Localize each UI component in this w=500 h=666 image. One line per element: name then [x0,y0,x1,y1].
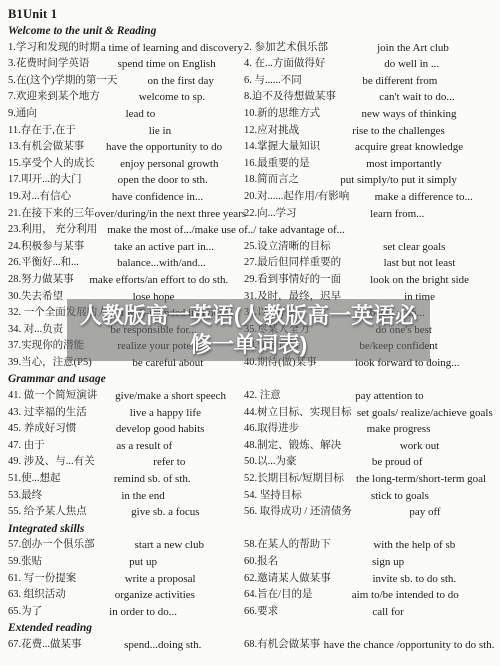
vocab-row: 53.最终in the end54. 坚持目标stick to goals [8,488,500,505]
vocab-row: 63. 组织活动organize activities64.旨在/目的是aim … [8,587,500,604]
term-chinese: 15.享受个人的成长 [8,156,95,173]
left-entry: 28.努力做某事make efforts/an effort to do sth… [8,272,244,289]
term-english: over/during/in the next three years [95,206,247,223]
term-english: balance...with/and... [79,255,244,272]
left-entry: 1.学习和发现的时期a time of learning and discove… [8,40,244,57]
term-chinese: 58.在某人的帮助下 [244,537,331,554]
right-entry: 4. 在...方面做得好do well in ... [244,56,500,73]
section-header: Grammar and usage [8,371,500,388]
term-english: learn from... [297,206,499,223]
vocab-row: 13.有机会做某事have the opportunity to do14.掌握… [8,139,500,156]
term-chinese: 66.要求 [244,604,278,621]
vocab-row: 55. 给予某人焦点give sb. a focus56. 取得成功 / 还清债… [8,504,500,521]
right-entry: 20.对......起作用/有影响make a difference to... [244,189,500,206]
term-english: refer to [95,454,244,471]
term-chinese: 47. 由于 [8,438,45,455]
term-chinese: 51.使...想起 [8,471,61,488]
term-english: have the opportunity to do [84,139,244,156]
term-english: in the end [42,488,244,505]
term-english: last but not least [341,255,498,272]
left-entry: 43. 过幸福的生活live a happy life [8,405,244,422]
term-chinese: 16.最重要的是 [244,156,310,173]
left-entry: 11.存在于,在于lie in [8,123,244,140]
term-english: give sb. a focus [87,504,244,521]
term-chinese: 63. 组织活动 [8,587,66,604]
term-chinese: 24.积极参与某事 [8,239,84,256]
term-chinese: 41. 做一个简短演讲 [8,388,97,405]
term-chinese: 67.花费...做某事 [8,637,82,654]
term-chinese: 17.叩开...的大门 [8,172,82,189]
left-entry: 45. 养成好习惯develop good habits [8,421,244,438]
left-entry: 21.在接下来的三年over/during/in the next three … [8,206,244,223]
watermark-overlay: 人教版高一英语(人教版高一英语必 修一单词表) [67,299,430,361]
term-chinese: 20.对......起作用/有影响 [244,189,349,206]
term-english: set goals/ realize/achieve goals [352,405,498,422]
left-entry: 13.有机会做某事have the opportunity to do [8,139,244,156]
term-chinese: 59.张贴 [8,554,42,571]
right-entry: 8.迫不及待想做某事can't wait to do... [244,89,500,106]
vocab-row: 47. 由于as a result of48.制定、锻炼、解决work out [8,438,500,455]
term-english: spend time on English [89,56,244,73]
term-chinese: 3.花费时间学英语 [8,56,89,73]
left-entry: 53.最终in the end [8,488,244,505]
term-english: organize activities [66,587,244,604]
vocab-row: 65.为了in order to do...66.要求call for [8,604,500,621]
term-chinese: 30.失去希望 [8,289,63,306]
vocabulary-sheet-page: B1Unit 1 Welcome to the unit & Reading1.… [0,0,500,666]
term-chinese: 13.有机会做某事 [8,139,84,156]
term-chinese: 45. 养成好习惯 [8,421,76,438]
term-english: sign up [278,554,498,571]
term-english: have the chance /opportunity to do sth. [320,637,498,654]
term-english: put up [42,554,244,571]
term-english: work out [341,438,498,455]
vocab-row: 3.花费时间学英语spend time on English4. 在...方面做… [8,56,500,73]
right-entry: 44.树立目标、实现目标set goals/ realize/achieve g… [244,405,500,422]
vocab-row: 67.花费...做某事spend...doing sth.68.有机会做某事ha… [8,637,500,654]
term-english: most importantly [310,156,498,173]
term-chinese: 12.应对挑战 [244,123,299,140]
left-entry: 51.使...想起remind sb. of sth. [8,471,244,488]
right-entry: 68.有机会做某事have the chance /opportunity to… [244,637,500,654]
term-chinese: 54. 坚持目标 [244,488,302,505]
term-chinese: 48.制定、锻炼、解决 [244,438,341,455]
term-chinese: 22.向...学习 [244,206,297,223]
term-english: as a result of [45,438,244,455]
left-entry: 49. 涉及、与...有关refer to [8,454,244,471]
term-chinese: 61. 写一份提案 [8,571,76,588]
term-english: make progress [299,421,498,438]
vocab-row: 45. 养成好习惯develop good habits46.取得进步make … [8,421,500,438]
vocab-row: 51.使...想起remind sb. of sth.52.长期目标/短期目标t… [8,471,500,488]
vocab-row: 61. 写一份提案write a proposal62.邀请某人做某事invit… [8,571,500,588]
term-english: a time of learning and discovery [100,40,244,57]
vocab-row: 17.叩开...的大门open the door to sth.18.简而言之p… [8,172,500,189]
term-english: remind sb. of sth. [61,471,245,488]
right-entry: 10.新的思维方式new ways of thinking [244,106,500,123]
left-entry: 3.花费时间学英语spend time on English [8,56,244,73]
term-chinese: 42. 注意 [244,388,281,405]
left-entry: 26.平衡好...和...balance...with/and... [8,255,244,272]
right-entry: 52.长期目标/短期目标the long-term/short-term goa… [244,471,500,488]
term-chinese: 6. 与......不同 [244,73,302,90]
term-chinese: 44.树立目标、实现目标 [244,405,352,422]
term-chinese: 27.最后但同样重要的 [244,255,341,272]
right-entry: 12.应对挑战rise to the challenges [244,123,500,140]
right-entry: 66.要求call for [244,604,500,621]
right-entry: 48.制定、锻炼、解决work out [244,438,500,455]
watermark-text-line2: 修一单词表) [190,330,307,359]
right-entry: 50.以...为豪be proud of [244,454,500,471]
right-entry: 16.最重要的是most importantly [244,156,500,173]
term-chinese: 52.长期目标/短期目标 [244,471,344,488]
right-entry: 62.邀请某人做某事invite sb. to do sth. [244,571,500,588]
term-english: be proud of [297,454,499,471]
term-english: start a new club [95,537,244,554]
term-english: do well in ... [325,56,498,73]
term-chinese: 60.报名 [244,554,278,571]
term-english: make efforts/an effort to do sth. [74,272,244,289]
term-english: be different from [302,73,498,90]
term-english: develop good habits [76,421,244,438]
right-entry: 27.最后但同样重要的last but not least [244,255,500,272]
vocab-row: 26.平衡好...和...balance...with/and...27.最后但… [8,255,500,272]
right-entry: 54. 坚持目标stick to goals [244,488,500,505]
term-english: in order to do... [42,604,244,621]
right-entry: 42. 注意pay attention to [244,388,500,405]
term-english: welcome to sp. [100,89,244,106]
left-entry: 63. 组织活动organize activities [8,587,244,604]
left-entry: 61. 写一份提案write a proposal [8,571,244,588]
term-english: open the door to sth. [82,172,245,189]
left-entry: 9.通向lead to [8,106,244,123]
vocab-row: 15.享受个人的成长enjoy personal growth16.最重要的是m… [8,156,500,173]
term-chinese: 49. 涉及、与...有关 [8,454,95,471]
term-chinese: 65.为了 [8,604,42,621]
left-entry: 57.创办一个俱乐部start a new club [8,537,244,554]
term-english: make a difference to... [349,189,498,206]
vocab-row: 11.存在于,在于lie in12.应对挑战rise to the challe… [8,123,500,140]
term-chinese: 43. 过幸福的生活 [8,405,87,422]
right-entry: 56. 取得成功 / 还清债务pay off [244,504,500,521]
term-chinese: 55. 给予某人焦点 [8,504,87,521]
right-entry: 60.报名sign up [244,554,500,571]
term-chinese: 57.创办一个俱乐部 [8,537,95,554]
left-entry: 24.积极参与某事take an active part in... [8,239,244,256]
right-entry: 64.旨在/目的是aim to/be intended to do [244,587,500,604]
term-chinese: 34. 对...负责 [8,322,63,339]
term-english: live a happy life [87,405,244,422]
term-chinese: 7.欢迎来到某个地方 [8,89,100,106]
vocab-row: 9.通向lead to10.新的思维方式new ways of thinking [8,106,500,123]
right-entry: 25.设立清晰的目标set clear goals [244,239,500,256]
term-chinese: 28.努力做某事 [8,272,74,289]
vocab-row: 43. 过幸福的生活live a happy life44.树立目标、实现目标s… [8,405,500,422]
right-entry: 22.向...学习learn from... [244,206,500,223]
left-entry: 7.欢迎来到某个地方welcome to sp. [8,89,244,106]
term-english: give/make a short speech [97,388,244,405]
vocab-row: 28.努力做某事make efforts/an effort to do sth… [8,272,500,289]
term-chinese: 25.设立清晰的目标 [244,239,331,256]
term-english: take an active part in... [84,239,244,256]
term-english: new ways of thinking [320,106,498,123]
term-chinese: 1.学习和发现的时期 [8,40,100,57]
term-chinese: 4. 在...方面做得好 [244,56,325,73]
term-english: pay off [352,504,498,521]
term-english: with the help of sb [331,537,498,554]
term-english: spend...doing sth. [82,637,245,654]
term-chinese: 21.在接下来的三年 [8,206,95,223]
term-english: write a proposal [76,571,244,588]
term-english: acquire great knowledge [320,139,498,156]
term-chinese: 8.迫不及待想做某事 [244,89,336,106]
section-header: Welcome to the unit & Reading [8,23,500,40]
term-chinese: 11.存在于,在于 [8,123,76,140]
vocab-row: 1.学习和发现的时期a time of learning and discove… [8,40,500,57]
term-chinese: 23.利用， 充分利用 [8,222,97,239]
vocab-row: 24.积极参与某事take an active part in...25.设立清… [8,239,500,256]
term-english: call for [278,604,498,621]
left-entry: 47. 由于as a result of [8,438,244,455]
left-entry: 67.花费...做某事spend...doing sth. [8,637,244,654]
term-english: stick to goals [302,488,498,505]
term-english: put simply/to put it simply [299,172,498,189]
right-entry: 46.取得进步make progress [244,421,500,438]
right-entry: 6. 与......不同be different from [244,73,500,90]
section-header: Extended reading [8,620,500,637]
term-english: can't wait to do... [336,89,498,106]
vocab-row: 7.欢迎来到某个地方welcome to sp.8.迫不及待想做某事can't … [8,89,500,106]
vocab-row: 19.对...有信心have confidence in...20.对.....… [8,189,500,206]
term-chinese: 19.对...有信心 [8,189,71,206]
term-chinese: 9.通向 [8,106,37,123]
right-entry: 14.掌握大量知识acquire great knowledge [244,139,500,156]
left-entry: 5.在(这个)学期的第一天on the first day [8,73,244,90]
term-english: have confidence in... [71,189,244,206]
term-english: enjoy personal growth [95,156,244,173]
term-chinese: 68.有机会做某事 [244,637,320,654]
left-entry: 55. 给予某人焦点give sb. a focus [8,504,244,521]
term-english: make the most of.../make use of../ take … [97,222,345,239]
vocab-row: 5.在(这个)学期的第一天on the first day6. 与......不… [8,73,500,90]
right-entry: 2. 参加艺术俱乐部join the Art club [244,40,500,57]
vocab-row: 41. 做一个简短演讲give/make a short speech42. 注… [8,388,500,405]
vocab-row: 57.创办一个俱乐部start a new club58.在某人的帮助下with… [8,537,500,554]
term-english: rise to the challenges [299,123,498,140]
vocab-row: 21.在接下来的三年over/during/in the next three … [8,206,500,223]
term-chinese: 50.以...为豪 [244,454,297,471]
term-chinese: 26.平衡好...和... [8,255,79,272]
term-english: lead to [37,106,244,123]
term-chinese: 29.看到事情好的一面 [244,272,341,289]
page-title: B1Unit 1 [8,6,500,23]
term-chinese: 18.简而言之 [244,172,299,189]
term-english: set clear goals [331,239,498,256]
term-english: pay attention to [281,388,498,405]
left-entry: 17.叩开...的大门open the door to sth. [8,172,244,189]
term-chinese: 46.取得进步 [244,421,299,438]
term-chinese: 62.邀请某人做某事 [244,571,331,588]
term-chinese: 64.旨在/目的是 [244,587,313,604]
left-entry: 59.张贴put up [8,554,244,571]
vocab-row-fullwidth: 23.利用， 充分利用make the most of.../make use … [8,222,500,239]
term-english: invite sb. to do sth. [331,571,498,588]
term-english: join the Art club [328,40,498,57]
left-entry: 41. 做一个简短演讲give/make a short speech [8,388,244,405]
term-chinese: 2. 参加艺术俱乐部 [244,40,328,57]
term-english: look on the bright side [341,272,498,289]
watermark-text-line1: 人教版高一英语(人教版高一英语必 [80,301,417,330]
term-english: the long-term/short-term goal [344,471,498,488]
term-chinese: 10.新的思维方式 [244,106,320,123]
right-entry: 18.简而言之put simply/to put it simply [244,172,500,189]
left-entry: 15.享受个人的成长enjoy personal growth [8,156,244,173]
term-english: on the first day [117,73,244,90]
section-header: Integrated skills [8,521,500,538]
term-chinese: 56. 取得成功 / 还清债务 [244,504,352,521]
left-entry: 19.对...有信心have confidence in... [8,189,244,206]
term-english: aim to/be intended to do [313,587,498,604]
right-entry: 58.在某人的帮助下with the help of sb [244,537,500,554]
vocab-row: 49. 涉及、与...有关refer to50.以...为豪be proud o… [8,454,500,471]
vocab-row: 59.张贴put up60.报名sign up [8,554,500,571]
term-english: lie in [76,123,244,140]
right-entry: 29.看到事情好的一面look on the bright side [244,272,500,289]
term-chinese: 14.掌握大量知识 [244,139,320,156]
term-chinese: 5.在(这个)学期的第一天 [8,73,117,90]
term-chinese: 53.最终 [8,488,42,505]
left-entry: 65.为了in order to do... [8,604,244,621]
